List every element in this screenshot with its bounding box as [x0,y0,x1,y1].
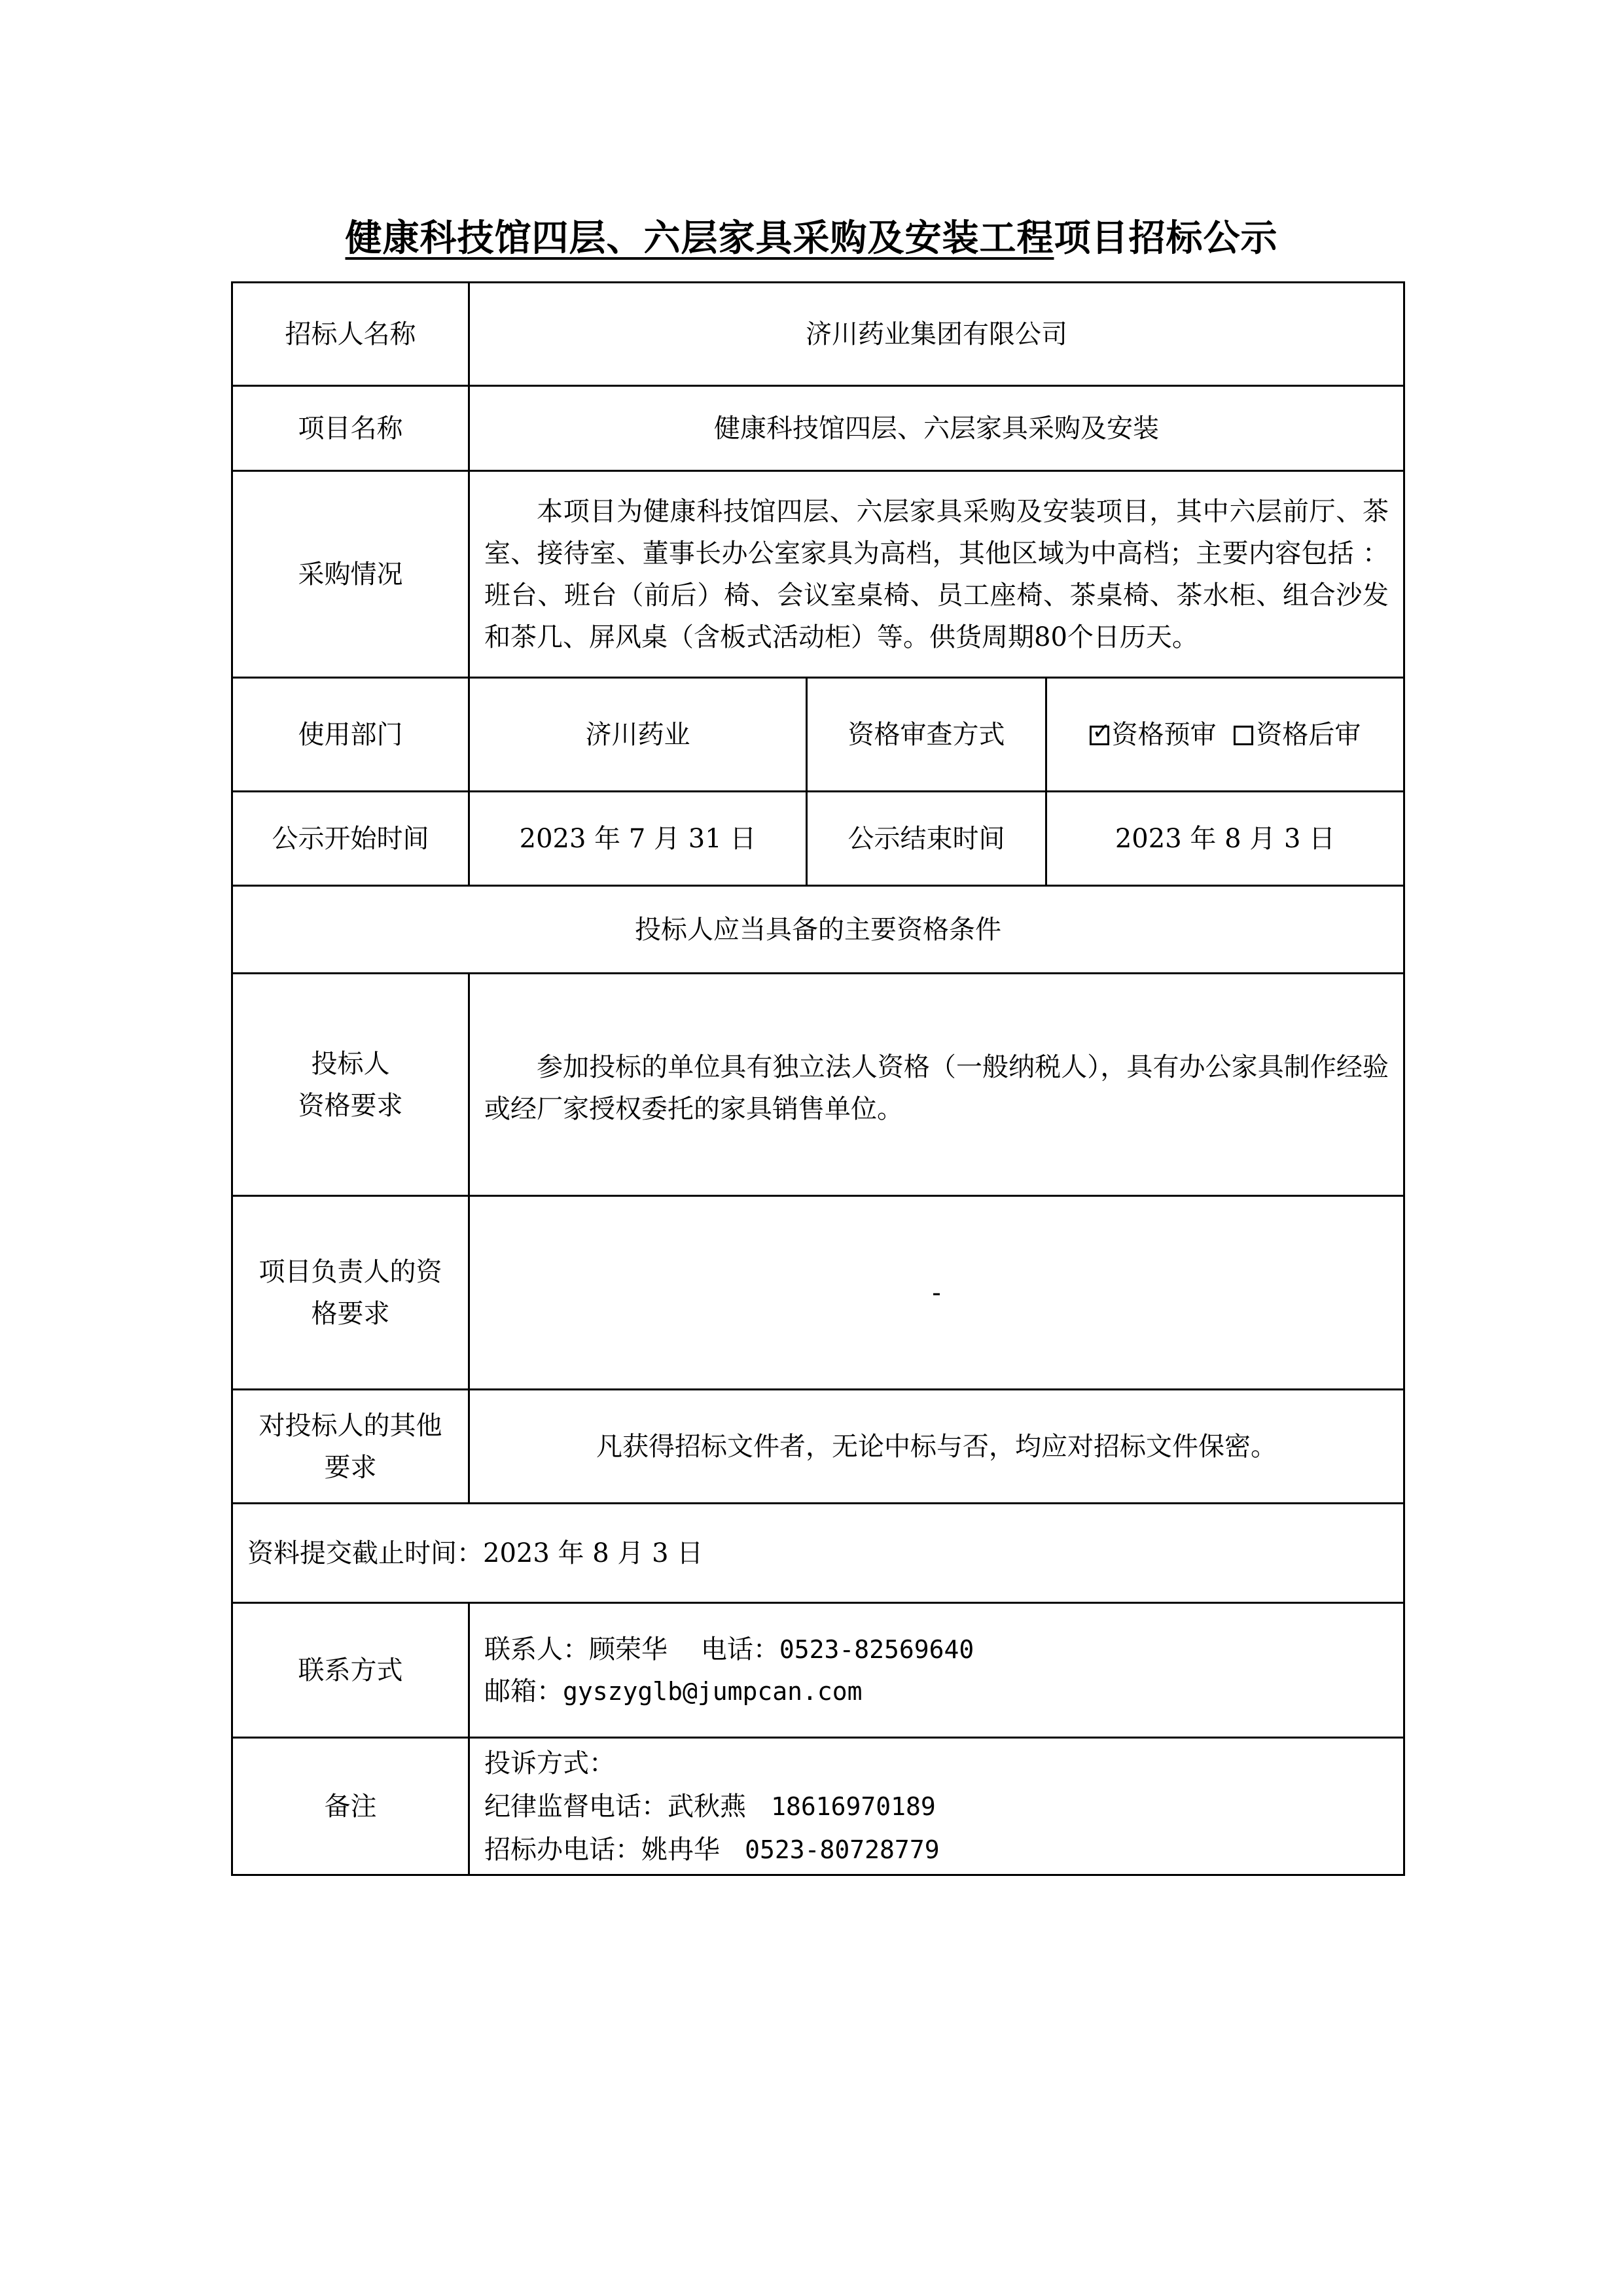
end-date-value: 2023 年 8 月 3 日 [1046,792,1404,886]
department-label: 使用部门 [232,678,469,792]
project-label: 项目名称 [232,386,469,471]
contact-email-label: 邮箱： [484,1676,563,1706]
row-contact: 联系方式 联系人：顾荣华 电话：0523-82569640 邮箱：gyszygl… [232,1603,1404,1738]
end-date-label: 公示结束时间 [807,792,1046,886]
procurement-label: 采购情况 [232,471,469,678]
deadline-value: 2023 年 8 月 3 日 [483,1538,703,1568]
row-dates: 公示开始时间 2023 年 7 月 31 日 公示结束时间 2023 年 8 月… [232,792,1404,886]
bidder-qual-label: 投标人 资格要求 [232,974,469,1196]
deadline-cell: 资料提交截止时间：2023 年 8 月 3 日 [232,1504,1404,1603]
review-method-label: 资格审查方式 [807,678,1046,792]
contact-email-link[interactable]: gyszyglb@jumpcan.com [563,1677,863,1706]
row-procurement: 采购情况 本项目为健康科技馆四层、六层家具采购及安装项目，其中六层前厅、茶室、接… [232,471,1404,678]
row-project: 项目名称 健康科技馆四层、六层家具采购及安装 [232,386,1404,471]
checkbox-checked-icon[interactable] [1090,726,1109,745]
discipline-phone-number: 18616970189 [771,1792,936,1821]
row-remarks: 备注 投诉方式： 纪律监督电话：武秋燕 18616970189 招标办电话：姚冉… [232,1738,1404,1875]
discipline-phone-label: 纪律监督电话：武秋燕 [484,1792,746,1822]
manager-qual-label-line2: 格要求 [247,1293,454,1335]
review-method-options: 资格预审 资格后审 [1046,678,1404,792]
row-tenderer: 招标人名称 济川药业集团有限公司 [232,283,1404,386]
contact-email-line: 邮箱：gyszyglb@jumpcan.com [484,1670,1389,1712]
department-value: 济川药业 [469,678,807,792]
project-value: 健康科技馆四层、六层家具采购及安装 [469,386,1404,471]
contact-label: 联系方式 [232,1603,469,1738]
remarks-label: 备注 [232,1738,469,1875]
other-req-label-line2: 要求 [247,1447,454,1489]
row-bidder-qualification: 投标人 资格要求 参加投标的单位具有独立法人资格（一般纳税人），具有办公家具制作… [232,974,1404,1196]
qualification-section-header: 投标人应当具备的主要资格条件 [232,886,1404,974]
manager-qual-label-line1: 项目负责人的资 [247,1251,454,1293]
remarks-cell: 投诉方式： 纪律监督电话：武秋燕 18616970189 招标办电话：姚冉华 0… [469,1738,1404,1875]
tender-office-phone-number: 0523-80728779 [745,1835,939,1864]
title-rest: 项目招标公示 [1054,217,1278,260]
contact-phone-number: 0523-82569640 [779,1635,974,1664]
start-date-label: 公示开始时间 [232,792,469,886]
row-manager-qualification: 项目负责人的资 格要求 - [232,1196,1404,1390]
bidder-qual-label-line2: 资格要求 [247,1085,454,1127]
deadline-label: 资料提交截止时间： [247,1538,483,1568]
option-prequalification: 资格预审 [1112,720,1217,750]
contact-person-label: 联系人： [484,1634,589,1665]
contact-person-line: 联系人：顾荣华 电话：0523-82569640 [484,1629,1389,1670]
row-other-requirements: 对投标人的其他 要求 凡获得招标文件者，无论中标与否，均应对招标文件保密。 [232,1390,1404,1504]
tender-office-phone-label: 招标办电话：姚冉华 [484,1835,720,1865]
complaint-method-heading: 投诉方式： [484,1742,1389,1785]
bidder-qual-label-line1: 投标人 [247,1043,454,1085]
manager-qual-value: - [469,1196,1404,1390]
other-req-label: 对投标人的其他 要求 [232,1390,469,1504]
contact-phone-label: 电话： [701,1634,779,1665]
procurement-value: 本项目为健康科技馆四层、六层家具采购及安装项目，其中六层前厅、茶室、接待室、董事… [484,491,1389,658]
tender-notice-table: 招标人名称 济川药业集团有限公司 项目名称 健康科技馆四层、六层家具采购及安装 … [231,281,1405,1876]
bidder-qual-cell: 参加投标的单位具有独立法人资格（一般纳税人），具有办公家具制作经验或经厂家授权委… [469,974,1404,1196]
procurement-cell: 本项目为健康科技馆四层、六层家具采购及安装项目，其中六层前厅、茶室、接待室、董事… [469,471,1404,678]
manager-qual-label: 项目负责人的资 格要求 [232,1196,469,1390]
row-department: 使用部门 济川药业 资格审查方式 资格预审 资格后审 [232,678,1404,792]
other-req-label-line1: 对投标人的其他 [247,1405,454,1447]
option-postqualification: 资格后审 [1256,720,1361,750]
contact-cell: 联系人：顾荣华 电话：0523-82569640 邮箱：gyszyglb@jum… [469,1603,1404,1738]
tender-office-phone-line: 招标办电话：姚冉华 0523-80728779 [484,1828,1389,1871]
row-section-header: 投标人应当具备的主要资格条件 [232,886,1404,974]
discipline-phone-line: 纪律监督电话：武秋燕 18616970189 [484,1785,1389,1828]
tenderer-value: 济川药业集团有限公司 [469,283,1404,386]
document-title: 健康科技馆四层、六层家具采购及安装工程项目招标公示 [0,209,1623,262]
start-date-value: 2023 年 7 月 31 日 [469,792,807,886]
bidder-qual-value: 参加投标的单位具有独立法人资格（一般纳税人），具有办公家具制作经验或经厂家授权委… [484,1046,1389,1130]
row-deadline: 资料提交截止时间：2023 年 8 月 3 日 [232,1504,1404,1603]
other-req-value: 凡获得招标文件者，无论中标与否，均应对招标文件保密。 [469,1390,1404,1504]
contact-person-name: 顾荣华 [589,1634,668,1665]
tenderer-label: 招标人名称 [232,283,469,386]
checkbox-empty-icon[interactable] [1234,726,1253,745]
title-underlined-part: 健康科技馆四层、六层家具采购及安装工程 [346,217,1054,260]
